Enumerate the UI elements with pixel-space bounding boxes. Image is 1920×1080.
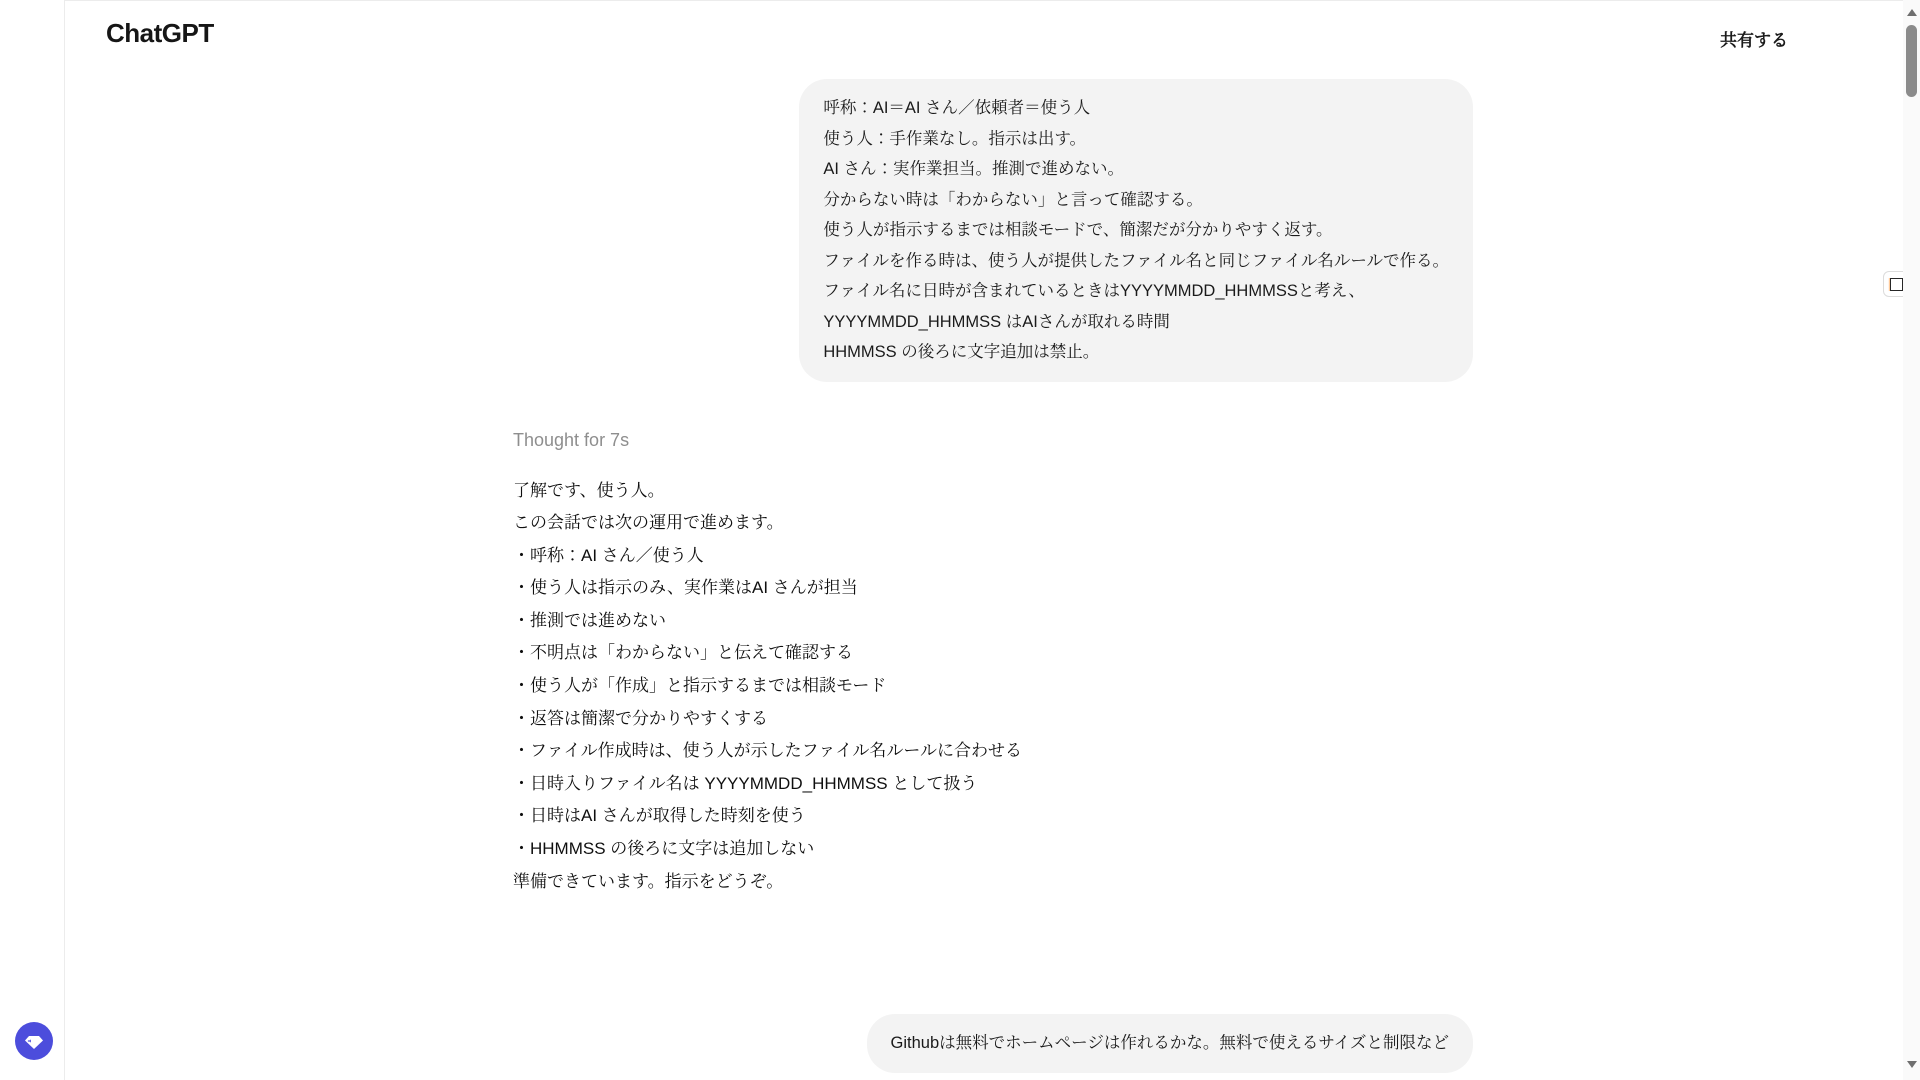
share-button[interactable]: 共有する bbox=[1720, 26, 1788, 51]
user-message-bubble: 呼称：AI＝AI さん／依頼者＝使う人 使う人：手作業なし。指示は出す。 AI … bbox=[799, 79, 1473, 382]
user-message-line: YYYYMMDD_HHMMSS はAIさんが取れる時間 bbox=[823, 307, 1449, 338]
assistant-message-line: 了解です、使う人。 bbox=[513, 475, 1473, 508]
user-message-line: ファイル名に日時が含まれているときはYYYYMMDD_HHMMSSと考え、 bbox=[823, 276, 1449, 307]
assistant-message-line: ・使う人は指示のみ、実作業はAI さんが担当 bbox=[513, 572, 1473, 605]
assistant-message-line: ・返答は簡潔で分かりやすくする bbox=[513, 703, 1473, 736]
user-message-line: Githubは無料でホームページは作れるかな。無料で使えるサイズと制限など bbox=[891, 1028, 1449, 1059]
main-content: ChatGPT 呼称：AI＝AI さん／依頼者＝使う人 使う人：手作業なし。指示… bbox=[66, 0, 1920, 1080]
assistant-message-line: ・使う人が「作成」と指示するまでは相談モード bbox=[513, 670, 1473, 703]
conversation-area: 呼称：AI＝AI さん／依頼者＝使う人 使う人：手作業なし。指示は出す。 AI … bbox=[66, 46, 1920, 1080]
assistant-message-line: ・日時入りファイル名は YYYYMMDD_HHMMSS として扱う bbox=[513, 768, 1473, 801]
assistant-message-line: 準備できています。指示をどうぞ。 bbox=[513, 866, 1473, 899]
square-icon bbox=[1890, 278, 1903, 291]
user-message-line: 呼称：AI＝AI さん／依頼者＝使う人 bbox=[823, 93, 1449, 124]
thought-duration-label[interactable]: Thought for 7s bbox=[513, 430, 629, 451]
gem-icon bbox=[22, 1029, 46, 1053]
scroll-down-arrow-icon[interactable] bbox=[1907, 1061, 1917, 1068]
user-message-line: 分からない時は「わからない」と言って確認する。 bbox=[823, 185, 1449, 216]
assistant-message-line: ・ファイル作成時は、使う人が示したファイル名ルールに合わせる bbox=[513, 735, 1473, 768]
chatgpt-logo: ChatGPT bbox=[106, 18, 214, 49]
assistant-message-line: この会話では次の運用で進めます。 bbox=[513, 507, 1473, 540]
user-message-line: AI さん：実作業担当。推測で進めない。 bbox=[823, 154, 1449, 185]
user-message-line: 使う人が指示するまでは相談モードで、簡潔だが分かりやすく返す。 bbox=[823, 215, 1449, 246]
scrollbar-thumb[interactable] bbox=[1906, 25, 1917, 97]
assistant-message-line: ・HHMMSS の後ろに文字は追加しない bbox=[513, 833, 1473, 866]
assistant-message-line: ・日時はAI さんが取得した時刻を使う bbox=[513, 800, 1473, 833]
user-message-line: 使う人：手作業なし。指示は出す。 bbox=[823, 124, 1449, 155]
assistant-message-line: ・不明点は「わからない」と伝えて確認する bbox=[513, 637, 1473, 670]
assistant-extension-button[interactable] bbox=[15, 1022, 53, 1060]
scroll-up-arrow-icon[interactable] bbox=[1907, 9, 1917, 16]
assistant-message-line: ・推測では進めない bbox=[513, 605, 1473, 638]
assistant-message: 了解です、使う人。 この会話では次の運用で進めます。 ・呼称：AI さん／使う人… bbox=[513, 475, 1473, 899]
vertical-scrollbar[interactable] bbox=[1903, 0, 1920, 1080]
assistant-message-line: ・呼称：AI さん／使う人 bbox=[513, 540, 1473, 573]
user-message-line: HHMMSS の後ろに文字追加は禁止。 bbox=[823, 337, 1449, 368]
left-rail bbox=[0, 0, 65, 1080]
user-message-line: ファイルを作る時は、使う人が提供したファイル名と同じファイル名ルールで作る。 bbox=[823, 246, 1449, 277]
user-message-bubble: Githubは無料でホームページは作れるかな。無料で使えるサイズと制限など bbox=[867, 1014, 1473, 1073]
